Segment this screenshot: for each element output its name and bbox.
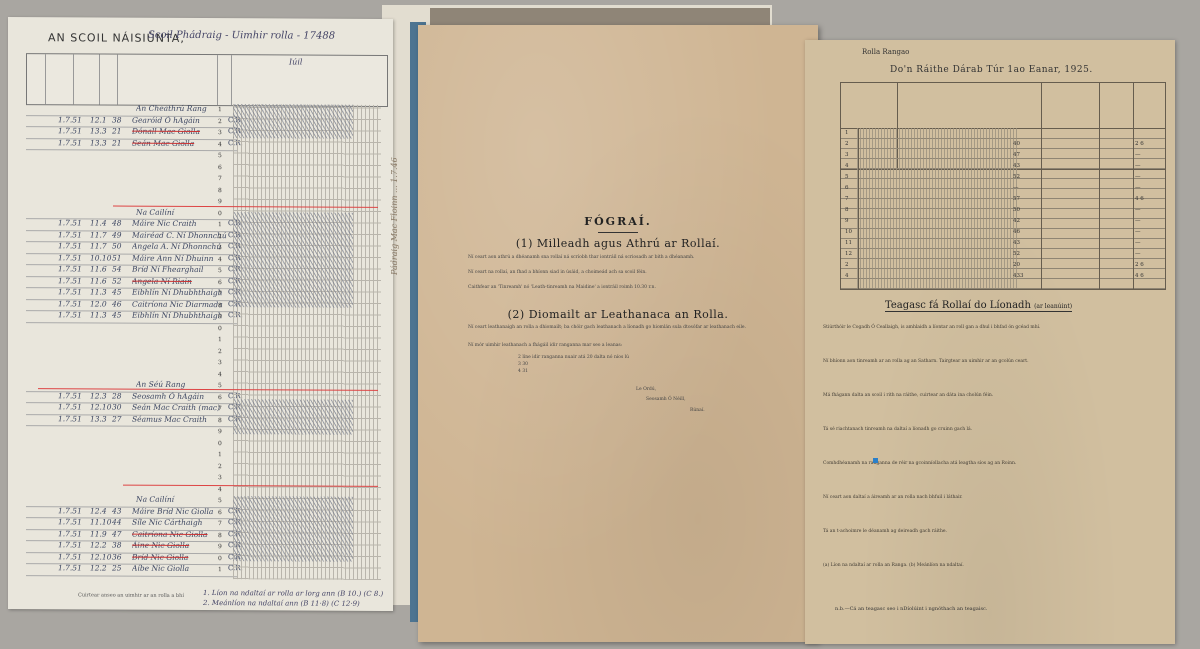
section2-paragraph: Ní ceart leathanaigh an rolla a dhiomail… [468, 325, 768, 331]
final-value: — [1135, 163, 1141, 169]
row-number: 4 [218, 371, 222, 378]
attendance-value: 47 [1013, 152, 1020, 158]
pupil-name: Bríd Ní Fhearghail [132, 265, 228, 275]
register-number: 52 [112, 276, 130, 285]
footer-line: 2. Meánlíon na ndaltaí ann (B 11·8) (C 1… [203, 598, 383, 609]
register-number: 54 [112, 265, 130, 274]
entry-date: 1.7.51 [58, 218, 88, 227]
row-number: 2 [845, 262, 849, 268]
notices-title: FÓGRAÍ. [418, 215, 818, 228]
left-roll-page: AN SCOIL NÁISIÚNTA, Scoil Phádraig - Uim… [8, 17, 393, 611]
row-number: 8 [218, 302, 222, 309]
roll-header: Iúil [26, 53, 388, 107]
pupil-age: 11.6 [90, 276, 110, 285]
row-number: 6 [218, 394, 222, 401]
final-value: — [1135, 229, 1141, 235]
section1-paragraph: Ní ceart aon athrú a dhéanamh sna rollaí… [468, 255, 768, 261]
roll-title-main: Do'n Ráithe Dárab Túr 1ao Eanar, 1925. [890, 65, 1093, 75]
row-number: 3 [218, 129, 222, 136]
register-number: 43 [112, 506, 130, 515]
attendance-value: 43 [1013, 163, 1020, 169]
register-number: 30 [112, 403, 130, 412]
pupil-row: 1.7.5112.225Aíbe Nic GiollaC.R. [26, 563, 238, 577]
pupil-age: 11.3 [90, 287, 110, 296]
signature-name: Seosamh Ó Néill, [646, 397, 686, 402]
footer-note: Cuirtear anseo an uimhir ar an rolla a b… [78, 592, 184, 599]
entry-date: 1.7.51 [58, 115, 88, 124]
row-number: 2 [218, 348, 222, 355]
row-number: 12 [845, 251, 852, 257]
pupil-name: Áine Nic Giolla [132, 541, 228, 551]
row-number: 10 [845, 229, 852, 235]
pupil-name: Seán Mac Craith (mac) [132, 403, 228, 413]
attendance-value: 42 [1013, 218, 1020, 224]
rule-number: 3 [518, 362, 521, 367]
final-value: — [1135, 152, 1141, 158]
instruction-paragraph: Ní bhíonn aon tinreamh ar an rolla ag an… [823, 359, 1163, 365]
pupil-age: 11.3 [90, 310, 110, 319]
entry-date: 1.7.51 [58, 529, 88, 538]
entry-date: 1.7.51 [58, 264, 88, 273]
row-number: 7 [218, 520, 222, 527]
row-number: 0 [218, 325, 222, 332]
entry-date: 1.7.51 [58, 276, 88, 285]
register-number: 36 [112, 552, 130, 561]
pupil-age: 12.1 [90, 115, 110, 124]
attendance-value: 433 [1013, 273, 1024, 279]
attendance-value: 52 [1013, 174, 1020, 180]
pupil-name: Gearóid Ó hAgáin [132, 115, 228, 125]
row-number: 3 [218, 359, 222, 366]
entry-date: 1.7.51 [58, 563, 88, 572]
row-number: 7 [218, 405, 222, 412]
row-number: 7 [218, 175, 222, 182]
row-number: 9 [218, 543, 222, 550]
register-number: 47 [112, 529, 130, 538]
row-number: 1 [218, 451, 222, 458]
pupil-age: 12.2 [90, 540, 110, 549]
roll-rows: An Cheathrú Rang1.7.5112.138Gearóid Ó hA… [26, 103, 238, 579]
pupil-name: Máire Bríd Nic Giolla [132, 506, 228, 516]
attendance-marks [233, 212, 353, 308]
pupil-name: Séamus Mac Craith [132, 414, 228, 424]
register-number: 38 [112, 115, 130, 124]
register-number: 38 [112, 541, 130, 550]
row-number: 4 [845, 163, 849, 169]
attendance-value: 40 [1013, 141, 1020, 147]
instruction-paragraph: Stiúrthóir le Cogadh Ó Ceallaigh, is amh… [823, 325, 1163, 331]
right-roll-sheet: Rolla Rangao Do'n Ráithe Dárab Túr 1ao E… [805, 40, 1175, 644]
final-value: — [1135, 218, 1141, 224]
pupil-name: Aíbe Nic Giolla [132, 564, 228, 574]
row-number: 1 [218, 336, 222, 343]
attendance-marks [233, 104, 353, 139]
final-value: 4 6 [1135, 196, 1144, 202]
attendance-marks [233, 399, 353, 435]
pupil-name: Eibhlín Ní Dhubhthaigh [132, 311, 228, 321]
pupil-age: 11.7 [90, 230, 110, 239]
rule-text: 30 [522, 362, 528, 367]
register-number: 28 [112, 391, 130, 400]
pupil-name: Angela A. Ní Dhonnchú [132, 242, 228, 252]
entry-date: 1.7.51 [58, 552, 88, 561]
instructions-title-text: Teagasc fá Rollaí do Líonadh [885, 300, 1031, 311]
roll-title-small: Rolla Rangao [862, 48, 909, 56]
final-value: 4 6 [1135, 273, 1144, 279]
pupil-age: 12.2 [90, 563, 110, 572]
final-value: — [1135, 207, 1141, 213]
row-number: 8 [218, 187, 222, 194]
row-number: 5 [218, 382, 222, 389]
pupil-name: Angela Ní Riain [132, 276, 228, 286]
instruction-paragraph: Tá sé riachtanach tinreamh na daltaí a l… [823, 427, 1163, 433]
pupil-age: 11.4 [90, 218, 110, 227]
nb-note: n.b.—Cá an teagasc seo i nDíolúint i ngn… [835, 606, 987, 612]
attendance-value: 52 [1013, 251, 1020, 257]
section1-paragraph: Caithfear an 'Tinreamh' nó 'Leath-tinrea… [468, 285, 768, 291]
row-number: 1 [218, 566, 222, 573]
pupil-age: 10.10 [90, 253, 110, 262]
row-number: 1 [218, 106, 222, 113]
row-number: 7 [218, 290, 222, 297]
title-rule [598, 232, 638, 233]
attendance-fine-grid [857, 128, 1017, 288]
instruction-paragraph: (a) Líon na ndaltaí ar rolla an Ranga. (… [823, 563, 1163, 569]
row-number: 9 [218, 428, 222, 435]
register-number: 49 [112, 230, 130, 239]
attendance-grid [233, 104, 381, 580]
row-number: 6 [218, 509, 222, 516]
attendance-value: — [1013, 185, 1019, 191]
attendance-marks [233, 496, 353, 562]
page-rule: 3 30 [518, 362, 718, 368]
row-number: 3 [845, 152, 849, 158]
pupil-age: 12.4 [90, 506, 110, 515]
pupil-name: Síle Nic Cárthaigh [132, 518, 228, 528]
row-number: 2 [845, 141, 849, 147]
register-number: 27 [112, 414, 130, 423]
pupil-name: Seán Mac Giolla [132, 138, 228, 148]
entry-date: 1.7.51 [58, 241, 88, 250]
attendance-value: 46 [1013, 229, 1020, 235]
row-number: 0 [218, 210, 222, 217]
row-number: 9 [218, 313, 222, 320]
attendance-value: 43 [1013, 240, 1020, 246]
pupil-row: 1.7.5113.321Seán Mac GiollaC.R. [26, 138, 238, 152]
month-label: Iúil [289, 57, 302, 66]
rule-text: 31 [522, 369, 528, 374]
entry-date: 1.7.51 [58, 126, 88, 135]
row-number: 8 [218, 417, 222, 424]
signature-place: Le Ordú, [636, 387, 656, 392]
entry-date: 1.7.51 [58, 253, 88, 262]
final-value: — [1135, 251, 1141, 257]
row-number: 2 [218, 118, 222, 125]
row-number: 11 [845, 240, 852, 246]
final-value: — [1135, 174, 1141, 180]
entry-date: 1.7.51 [58, 299, 88, 308]
row-number: 8 [218, 532, 222, 539]
row-number: 1 [218, 221, 222, 228]
pupil-name: Caitríona Nic Giolla [132, 529, 228, 539]
final-value: 2 6 [1135, 262, 1144, 268]
entry-date: 1.7.51 [58, 517, 88, 526]
row-number: 2 [218, 463, 222, 470]
row-number: 4 [218, 486, 222, 493]
row-number: 6 [218, 164, 222, 171]
section2-paragraph: Ní mór uimhir leathanach a fhágáil idir … [468, 343, 768, 349]
footer-summary: 1. Líon na ndaltaí ar rolla ar lorg ann … [203, 588, 383, 609]
row-number: 1 [845, 130, 849, 136]
row-number: 4 [218, 256, 222, 263]
page-rule: 4 31 [518, 369, 718, 375]
instructions-subtitle: (ar leanúint) [1034, 303, 1072, 310]
pupil-age: 11.10 [90, 517, 110, 526]
entry-date: 1.7.51 [58, 230, 88, 239]
row-numbers: 1234567890123456789012345678901234567890… [216, 104, 230, 579]
pupil-name: Caitríona Nic Diarmada [132, 299, 228, 309]
row-number: 4 [218, 141, 222, 148]
pupil-age: 13.3 [90, 126, 110, 135]
row-number: 0 [218, 555, 222, 562]
register-number: 44 [112, 518, 130, 527]
pupil-name: Máire Nic Craith [132, 219, 228, 229]
register-number: 45 [112, 311, 130, 320]
pupil-age: 12.3 [90, 391, 110, 400]
pupil-name: Máire Ann Ní Dhuinn [132, 253, 228, 263]
rule-number: 4 [518, 369, 521, 374]
register-number: 21 [112, 138, 130, 147]
row-number: 9 [845, 218, 849, 224]
row-number: 6 [218, 279, 222, 286]
instructions-title: Teagasc fá Rollaí do Líonadh (ar leanúin… [885, 300, 1072, 312]
section2-heading: (2) Diomailt ar Leathanaca an Rolla. [418, 308, 818, 321]
row-number: 3 [218, 474, 222, 481]
row-number: 3 [218, 244, 222, 251]
final-value: — [1135, 185, 1141, 191]
entry-date: 1.7.51 [58, 391, 88, 400]
pupil-name: Bríd Nic Giolla [132, 552, 228, 562]
entry-date: 1.7.51 [58, 402, 88, 411]
pupil-age: 12.10 [90, 402, 110, 411]
row-number: 5 [218, 497, 222, 504]
pupil-age: 12.10 [90, 552, 110, 561]
entry-date: 1.7.51 [58, 506, 88, 515]
rule-number: 2 [518, 355, 521, 360]
pupil-row: 1.7.5111.345Eibhlín Ní DhubhthaighC.R. [26, 310, 238, 324]
instruction-paragraph: Tá an t-achoimre le déanamh ag deireadh … [823, 529, 1163, 535]
pupil-name: Mairéad C. Ní Dhonnchú [132, 230, 228, 240]
pupil-age: 12.0 [90, 299, 110, 308]
instruction-paragraph: Má fhágann dalta an scoil i rith na ráit… [823, 393, 1163, 399]
entry-date: 1.7.51 [58, 540, 88, 549]
entry-date: 1.7.51 [58, 138, 88, 147]
row-number: 4 [845, 273, 849, 279]
attendance-value: 20 [1013, 262, 1020, 268]
register-number: 48 [112, 219, 130, 228]
entry-date: 1.7.51 [58, 287, 88, 296]
row-number: 5 [218, 152, 222, 159]
envelope-cover: Pádraig Mac Floinn ... 1.7.46 FÓGRAÍ. (1… [418, 25, 818, 642]
attendance-value: 50 [1013, 207, 1020, 213]
signature-title: Rúnaí. [690, 408, 705, 413]
row-number: 5 [218, 267, 222, 274]
register-number: 50 [112, 242, 130, 251]
register-number: 25 [112, 564, 130, 573]
row-number: 0 [218, 440, 222, 447]
register-number: 45 [112, 288, 130, 297]
pupil-age: 13.3 [90, 414, 110, 423]
row-number: 9 [218, 198, 222, 205]
entry-date: 1.7.51 [58, 310, 88, 319]
section1-paragraph: Ní ceart na rollaí, an fhad a bhíonn sia… [468, 270, 768, 276]
entry-date: 1.7.51 [58, 414, 88, 423]
row-number: 6 [845, 185, 849, 191]
school-handwritten-name: Scoil Phádraig - Uimhir rolla - 17488 [148, 30, 335, 42]
pupil-age: 11.9 [90, 529, 110, 538]
pupil-age: 11.7 [90, 241, 110, 250]
register-number: 21 [112, 127, 130, 136]
register-number: 46 [112, 299, 130, 308]
final-value: 2 6 [1135, 141, 1144, 147]
pupil-name: Seosamh Ó hAgáin [132, 391, 228, 401]
row-number: 7 [845, 196, 849, 202]
blue-mark [873, 458, 878, 463]
section1-heading: (1) Milleadh agus Athrú ar Rollaí. [418, 237, 818, 250]
register-number: 51 [112, 253, 130, 262]
row-number: 2 [218, 233, 222, 240]
pupil-row: 1.7.5113.327Séamus Mac CraithC.R. [26, 414, 238, 428]
final-value: — [1135, 240, 1141, 246]
attendance-value: 57 [1013, 196, 1020, 202]
row-number: 5 [845, 174, 849, 180]
pupil-age: 13.3 [90, 138, 110, 147]
rule-text: líne idir ranganna nuair atá 20 dalta nó… [522, 355, 629, 360]
page-rule: 2 líne idir ranganna nuair atá 20 dalta … [518, 355, 718, 361]
pupil-name: Eibhlín Ní Dhubhthaigh [132, 288, 228, 298]
pupil-age: 11.6 [90, 264, 110, 273]
instruction-paragraph: Ní ceart aon daltaí a áireamh ar an roll… [823, 495, 1163, 501]
row-number: 8 [845, 207, 849, 213]
margin-handwriting: Pádraig Mac Floinn ... 1.7.46 [390, 157, 399, 275]
pupil-name: Dónall Mac Giolla [132, 127, 228, 137]
